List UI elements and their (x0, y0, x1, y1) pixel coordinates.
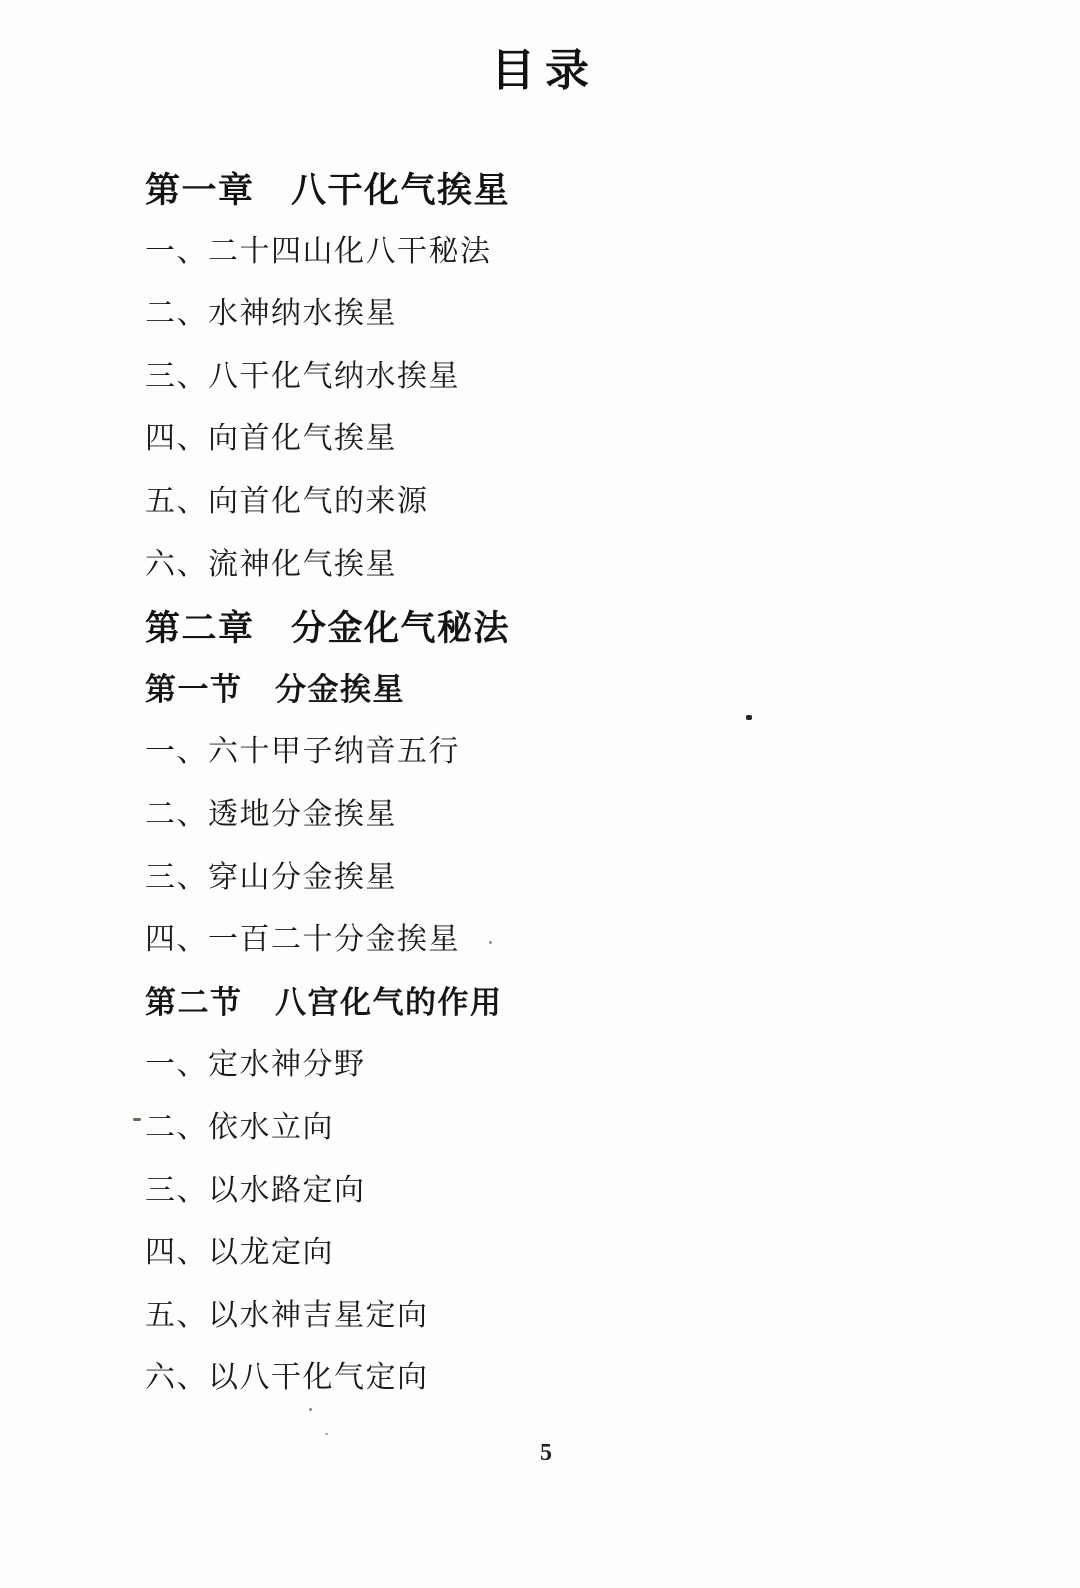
page-number: 5 (540, 1440, 552, 1467)
scan-speck (325, 1433, 328, 1435)
toc-item: 四、以龙定向 (145, 1227, 945, 1290)
toc-item: 二、透地分金挨星 (145, 789, 945, 852)
toc-item: 五、以水神吉星定向 (145, 1290, 945, 1353)
toc-item: 三、以水路定向 (145, 1165, 945, 1228)
scan-speck (489, 941, 492, 944)
toc-item: 一、六十甲子纳音五行 (145, 726, 945, 789)
scan-speck (309, 1408, 312, 1411)
toc-chapter-heading: 第二章 分金化气秘法 (145, 601, 945, 664)
page-title: 目录 (0, 34, 1080, 98)
document-page: 目录 第一章 八干化气挨星 一、二十四山化八干秘法 二、水神纳水挨星 三、八干化… (0, 0, 1080, 1588)
toc-item: 四、一百二十分金挨星 (145, 914, 945, 977)
toc-item: 六、以八干化气定向 (145, 1352, 945, 1415)
toc-section-heading: 第一节 分金挨星 (145, 664, 945, 727)
toc-item: 四、向首化气挨星 (145, 413, 945, 476)
toc-item: 五、向首化气的来源 (145, 476, 945, 539)
scan-speck (746, 715, 752, 720)
toc-item: 一、二十四山化八干秘法 (145, 226, 945, 289)
toc-section-heading: 第二节 八宫化气的作用 (145, 977, 945, 1040)
toc-item: 三、穿山分金挨星 (145, 852, 945, 915)
toc-item: 三、八干化气纳水挨星 (145, 351, 945, 414)
toc-item: 二、水神纳水挨星 (145, 288, 945, 351)
scan-speck (133, 1118, 141, 1121)
toc-item: 六、流神化气挨星 (145, 539, 945, 602)
toc-item: 二、依水立向 (145, 1102, 945, 1165)
toc-item: 一、定水神分野 (145, 1039, 945, 1102)
toc-chapter-heading: 第一章 八干化气挨星 (145, 163, 945, 226)
table-of-contents: 第一章 八干化气挨星 一、二十四山化八干秘法 二、水神纳水挨星 三、八干化气纳水… (145, 163, 945, 1415)
